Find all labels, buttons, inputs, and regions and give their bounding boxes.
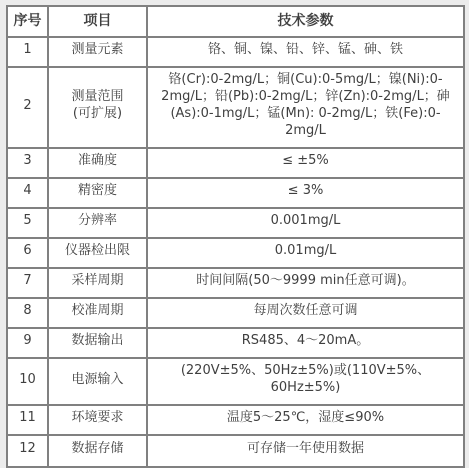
serial-cell: 8: [7, 298, 48, 328]
table-row: 12 数据存储 可存储一年使用数据: [7, 435, 464, 467]
item-cell: 采样周期: [48, 268, 147, 298]
item-cell: 分辨率: [48, 208, 147, 238]
table-row: 3 准确度 ≤ ±5%: [7, 148, 464, 178]
item-cell: 仪器检出限: [48, 238, 147, 268]
item-cell: 测量范围 (可扩展): [48, 67, 147, 148]
table-row: 4 精密度 ≤ 3%: [7, 178, 464, 208]
serial-cell: 6: [7, 238, 48, 268]
serial-cell: 1: [7, 37, 48, 67]
header-technical-params: 技术参数: [147, 6, 464, 37]
serial-cell: 12: [7, 435, 48, 467]
table-row: 8 校准周期 每周次数任意可调: [7, 298, 464, 328]
table-row: 6 仪器检出限 0.01mg/L: [7, 238, 464, 268]
spec-table: 序号 项目 技术参数 1 测量元素 铬、铜、镍、铅、锌、锰、砷、铁 2 测量范围…: [6, 5, 465, 468]
params-cell: 0.01mg/L: [147, 238, 464, 268]
table-row: 10 电源输入 (220V±5%、50Hz±5%)或(110V±5%、60Hz±…: [7, 358, 464, 405]
params-cell: 可存储一年使用数据: [147, 435, 464, 467]
header-row: 序号 项目 技术参数: [7, 6, 464, 37]
params-cell: 温度5～25℃，湿度≤90%: [147, 405, 464, 435]
header-serial-number: 序号: [7, 6, 48, 37]
params-cell: (220V±5%、50Hz±5%)或(110V±5%、60Hz±5%): [147, 358, 464, 405]
table-row: 1 测量元素 铬、铜、镍、铅、锌、锰、砷、铁: [7, 37, 464, 67]
item-cell: 精密度: [48, 178, 147, 208]
params-cell: 每周次数任意可调: [147, 298, 464, 328]
serial-cell: 4: [7, 178, 48, 208]
table-row: 5 分辨率 0.001mg/L: [7, 208, 464, 238]
params-cell: ≤ ±5%: [147, 148, 464, 178]
item-cell: 准确度: [48, 148, 147, 178]
table-row: 9 数据输出 RS485、4～20mA。: [7, 328, 464, 358]
serial-cell: 11: [7, 405, 48, 435]
params-cell: 铬、铜、镍、铅、锌、锰、砷、铁: [147, 37, 464, 67]
table-row: 7 采样周期 时间间隔(50～9999 min任意可调)。: [7, 268, 464, 298]
item-cell: 电源输入: [48, 358, 147, 405]
table-row: 11 环境要求 温度5～25℃，湿度≤90%: [7, 405, 464, 435]
params-cell: 时间间隔(50～9999 min任意可调)。: [147, 268, 464, 298]
serial-cell: 9: [7, 328, 48, 358]
serial-cell: 7: [7, 268, 48, 298]
header-item: 项目: [48, 6, 147, 37]
item-cell: 校准周期: [48, 298, 147, 328]
page: 序号 项目 技术参数 1 测量元素 铬、铜、镍、铅、锌、锰、砷、铁 2 测量范围…: [0, 0, 469, 468]
params-cell: ≤ 3%: [147, 178, 464, 208]
item-cell: 环境要求: [48, 405, 147, 435]
item-cell: 测量元素: [48, 37, 147, 67]
serial-cell: 10: [7, 358, 48, 405]
serial-cell: 3: [7, 148, 48, 178]
item-cell: 数据输出: [48, 328, 147, 358]
serial-cell: 2: [7, 67, 48, 148]
params-cell: 铬(Cr):0-2mg/L；铜(Cu):0-5mg/L；镍(Ni):0-2mg/…: [147, 67, 464, 148]
table-row: 2 测量范围 (可扩展) 铬(Cr):0-2mg/L；铜(Cu):0-5mg/L…: [7, 67, 464, 148]
params-cell: 0.001mg/L: [147, 208, 464, 238]
serial-cell: 5: [7, 208, 48, 238]
params-cell: RS485、4～20mA。: [147, 328, 464, 358]
item-cell: 数据存储: [48, 435, 147, 467]
